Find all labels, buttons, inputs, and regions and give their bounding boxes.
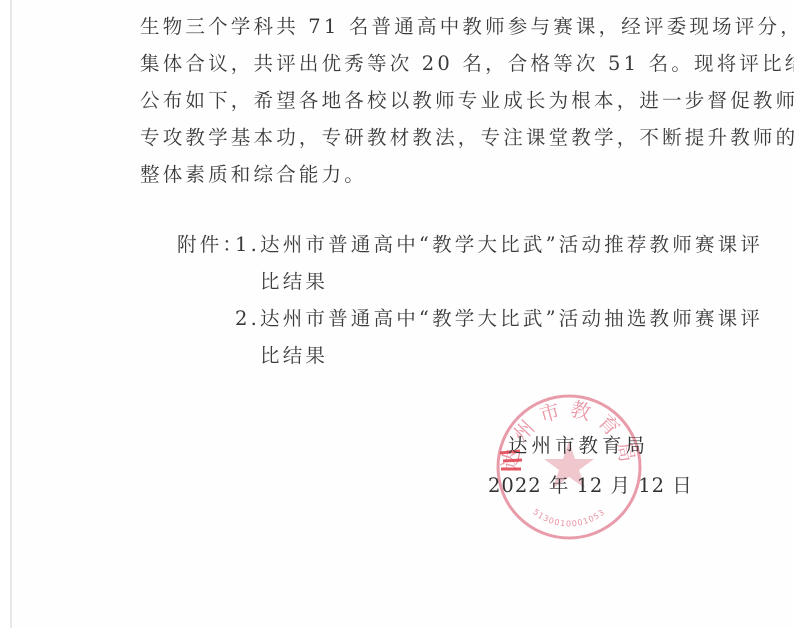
body-line: 专攻教学基本功，专研教材教法，专注课堂教学，不断提升教师的: [140, 119, 725, 156]
attachment-number: 2.: [235, 300, 260, 337]
issue-date: 2022 年 12 月 12 日: [488, 470, 693, 498]
body-line: 集体合议，共评出优秀等次 20 名，合格等次 51 名。现将评比结果: [140, 45, 725, 82]
attachment-title: 达州市普通高中“教学大比武”活动推荐教师赛课评: [260, 233, 763, 256]
attachments-section: 附件：1.达州市普通高中“教学大比武”活动推荐教师赛课评 比结果 2.达州市普通…: [177, 226, 763, 374]
attachment-title-continued: 比结果: [260, 270, 328, 293]
body-paragraph: 生物三个学科共 71 名普通高中教师参与赛课，经评委现场评分， 集体合议，共评出…: [140, 8, 725, 193]
attachment-title-continued: 比结果: [260, 344, 328, 367]
svg-text:5130010001053: 5130010001053: [531, 507, 607, 528]
attachments-label: 附件：: [177, 226, 235, 263]
attachment-title: 达州市普通高中“教学大比武”活动抽选教师赛课评: [260, 307, 763, 330]
body-line: 公布如下，希望各地各校以教师专业成长为根本，进一步督促教师: [140, 82, 725, 119]
attachment-number: 1.: [235, 226, 260, 263]
attachment-item-2: 2.达州市普通高中“教学大比武”活动抽选教师赛课评: [177, 300, 763, 337]
body-line: 整体素质和综合能力。: [140, 156, 725, 193]
attachment-item-1: 附件：1.达州市普通高中“教学大比武”活动推荐教师赛课评: [177, 226, 763, 263]
issuing-organization: 达州市教育局: [508, 430, 649, 458]
official-seal-icon: 达州市教育局 5130010001053: [495, 393, 643, 541]
attachment-item-1-continued: 比结果: [177, 263, 763, 300]
attachment-item-2-continued: 比结果: [177, 337, 763, 374]
body-line: 生物三个学科共 71 名普通高中教师参与赛课，经评委现场评分，: [140, 8, 725, 45]
